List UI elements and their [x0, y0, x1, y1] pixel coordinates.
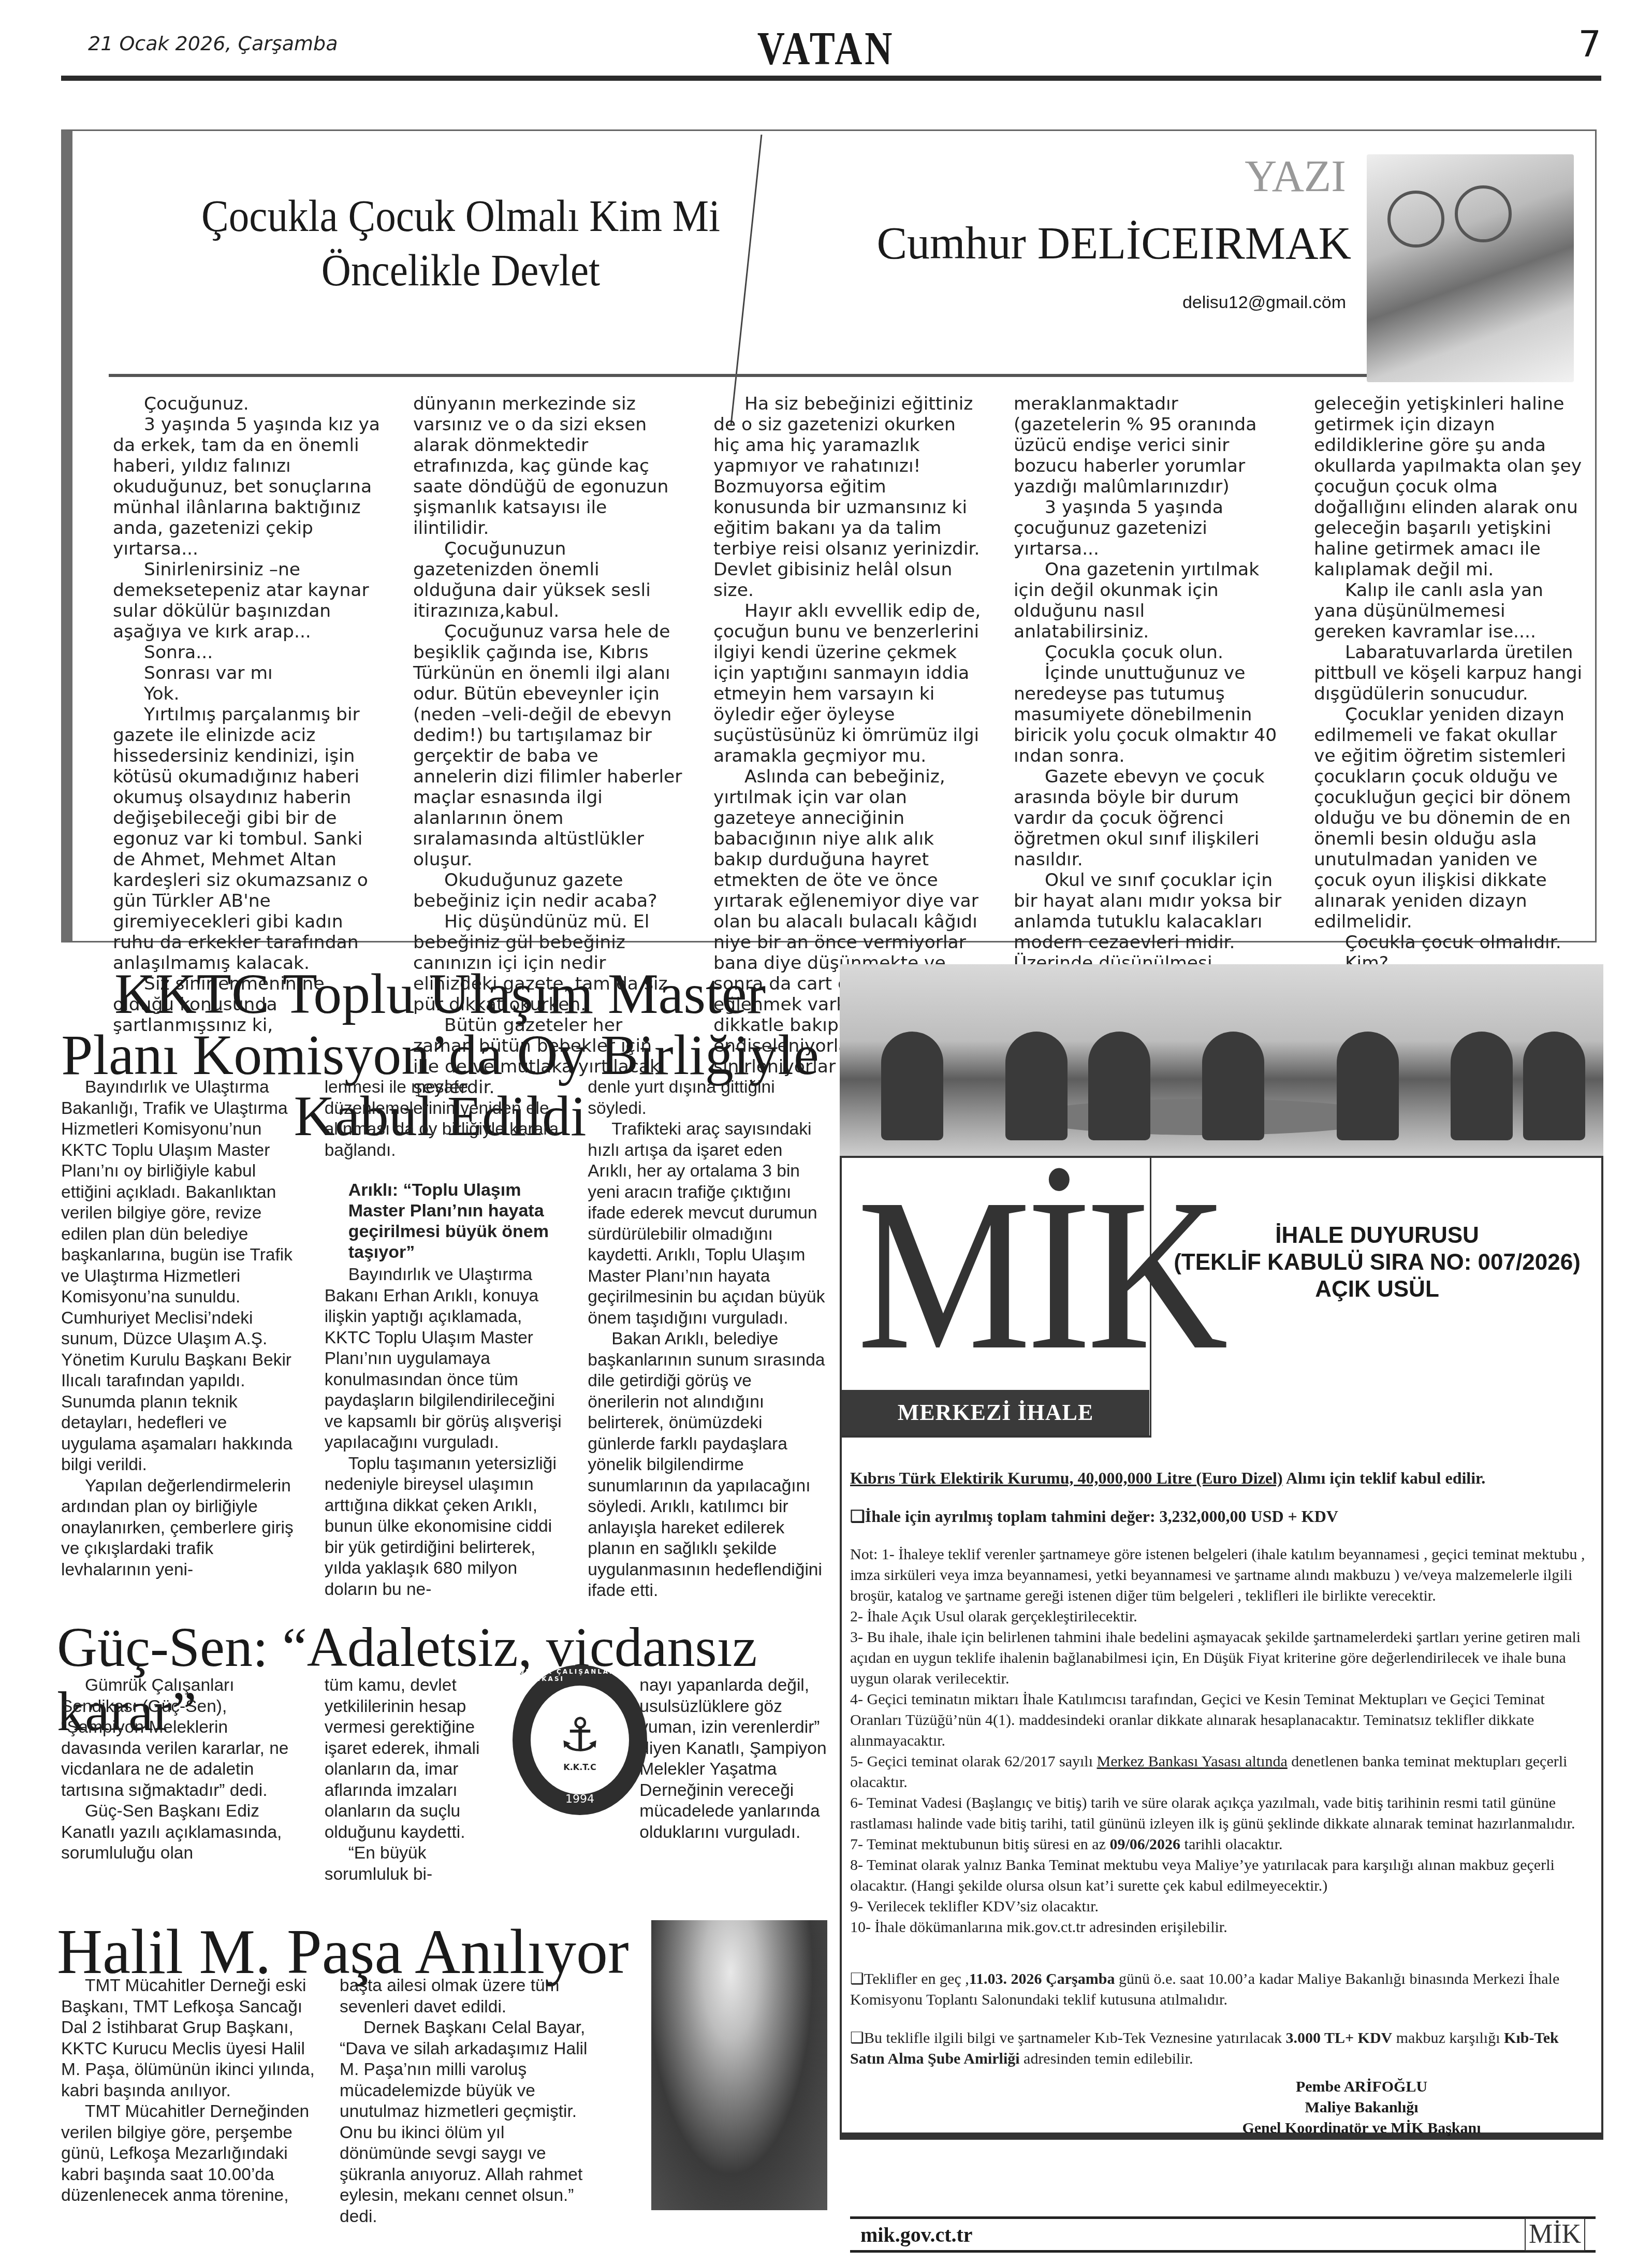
glasses-icon	[1387, 191, 1444, 248]
newspaper-name: VATAN	[165, 21, 1487, 76]
glasses-icon	[1455, 185, 1512, 242]
union-logo: GÜMRÜK ÇALIŞANLARI SENDİKASI ⚓ K.K.T.C 1…	[513, 1665, 647, 1815]
mik-logo: MİK MERKEZİ İHALE KOMİSYONU	[842, 1158, 1151, 1438]
kktc-body: Bayındırlık ve Ulaştırma Bakanlığı, Traf…	[61, 1077, 827, 1605]
page-number: 7	[1578, 23, 1601, 65]
mik-mini-logo: MİK	[1525, 2218, 1585, 2251]
column-rule	[109, 374, 1377, 377]
meeting-photo	[840, 964, 1603, 1156]
tender-deadline: Teklifler en geç ,11.03. 2026 Çarşamba g…	[850, 1969, 1593, 2010]
tender-body: Kıbrıs Türk Elektirik Kurumu, 40,000,000…	[850, 1450, 1593, 2069]
tender-footer: mik.gov.ct.tr MİK	[850, 2216, 1596, 2253]
halil-photo	[651, 1920, 827, 2210]
kktc-subhead: Arıklı: “Toplu Ulaşım Master Planı’nın h…	[325, 1161, 564, 1265]
tender-signature: Pembe ARİFOĞLU Maliye Bakanlığı Genel Ko…	[1191, 2077, 1532, 2139]
halil-body: TMT Mücahitler Derneği eski Başkanı, TMT…	[61, 1976, 594, 2219]
column-label: YAZI	[1113, 150, 1346, 202]
column-author: Cumhur DELİCEIRMAK	[808, 217, 1351, 270]
masthead-rule	[61, 76, 1601, 81]
mik-website-link[interactable]: mik.gov.ct.tr	[860, 2223, 973, 2247]
tender-info: Bu teklifle ilgili bilgi ve şartnameler …	[850, 2028, 1593, 2069]
tender-notes: Not: 1- İhaleye teklif verenler şartname…	[850, 1544, 1593, 1938]
author-photo	[1367, 154, 1574, 382]
tender-heading: İHALE DUYURUSU (TEKLİF KABULÜ SIRA NO: 0…	[1154, 1222, 1600, 1303]
anchor-icon: ⚓	[559, 1708, 601, 1762]
gucsen-body: Gümrük Çalışanları Sendikası (Güç-Sen), …	[61, 1675, 827, 1893]
author-email[interactable]: delisu12@gmail.cöm	[1129, 293, 1346, 313]
column-body: Çocuğunuz. 3 yaşında 5 yaşında kız ya da…	[113, 394, 1583, 932]
column-title: Çocukla Çocuk Olmalı Kim Mi Öncelikle De…	[151, 189, 770, 298]
tender-estimate: İhale için ayrılmış toplam tahmini değer…	[850, 1506, 1593, 1527]
tender-lead: Kıbrıs Türk Elektirik Kurumu, 40,000,000…	[850, 1468, 1593, 1488]
